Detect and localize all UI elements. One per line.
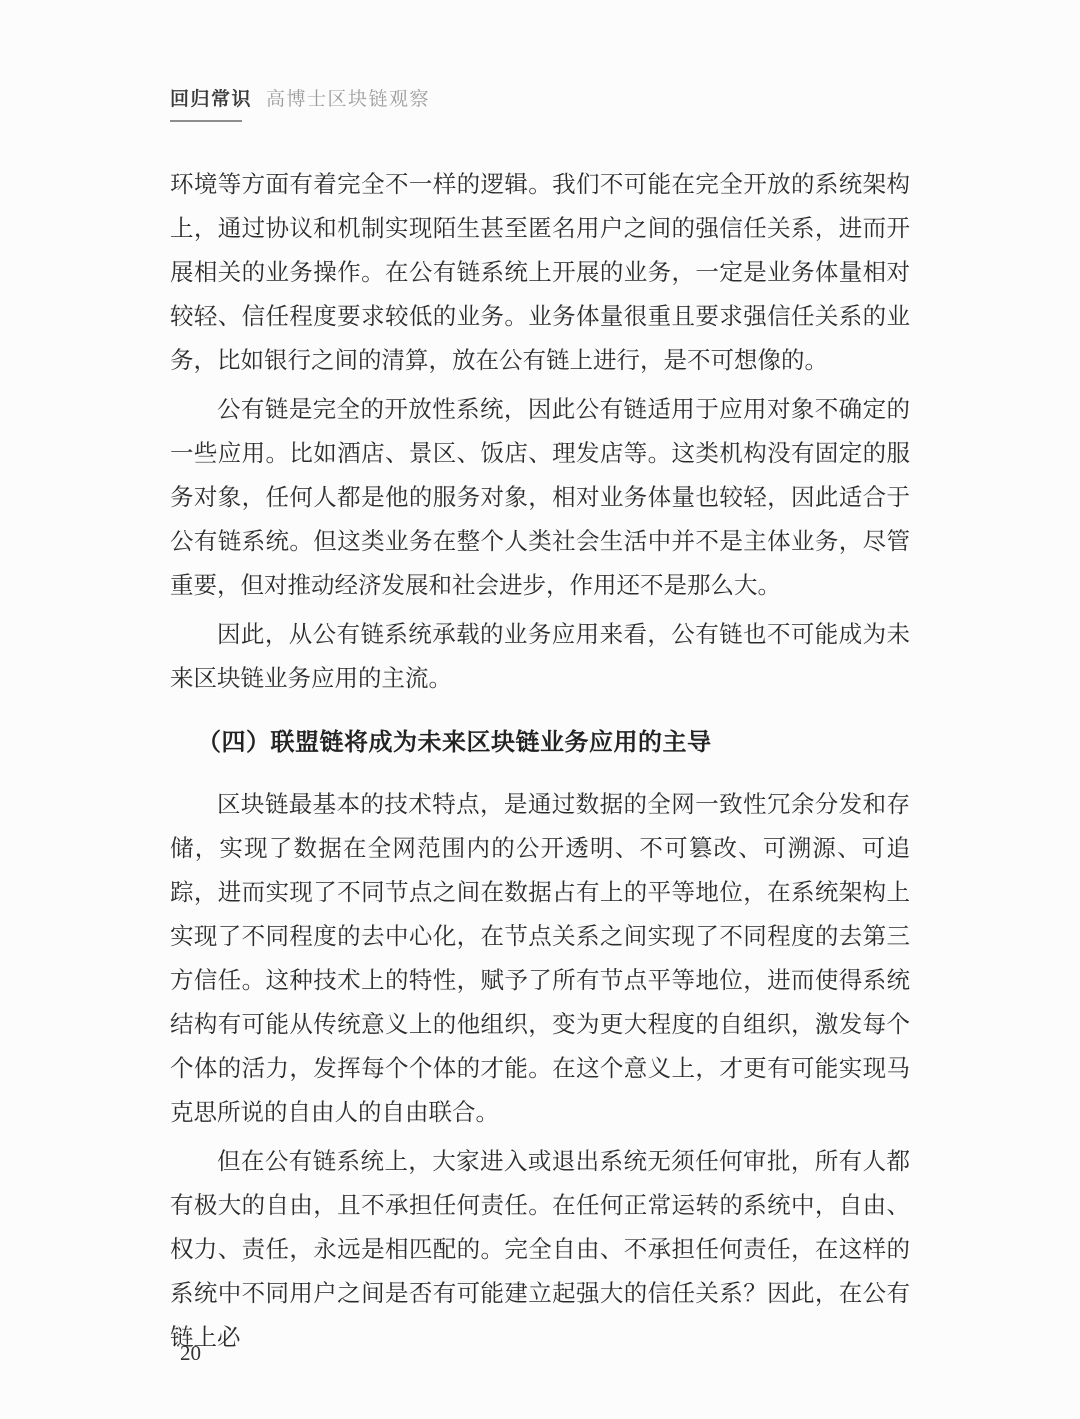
page-body: 环境等方面有着完全不一样的逻辑。我们不可能在完全开放的系统架构上，通过协议和机制… [170, 163, 910, 1365]
section-heading: （四）联盟链将成为未来区块链业务应用的主导 [170, 727, 910, 759]
paragraph-continuation: 环境等方面有着完全不一样的逻辑。我们不可能在完全开放的系统架构上，通过协议和机制… [170, 163, 910, 383]
header-row: 回归常识 高博士区块链观察 [170, 84, 910, 111]
paragraph: 因此，从公有链系统承载的业务应用来看，公有链也不可能成为未来区块链业务应用的主流… [170, 613, 910, 701]
paragraph: 但在公有链系统上，大家进入或退出系统无须任何审批，所有人都有极大的自由，且不承担… [170, 1140, 910, 1360]
book-page: 回归常识 高博士区块链观察 环境等方面有着完全不一样的逻辑。我们不可能在完全开放… [0, 0, 1080, 1419]
page-header: 回归常识 高博士区块链观察 [170, 84, 910, 122]
header-underline [170, 120, 242, 122]
header-title: 回归常识 [170, 84, 252, 111]
paragraph: 区块链最基本的技术特点，是通过数据的全网一致性冗余分发和存储，实现了数据在全网范… [170, 783, 910, 1135]
paragraph: 公有链是完全的开放性系统，因此公有链适用于应用对象不确定的一些应用。比如酒店、景… [170, 388, 910, 608]
page-number: 20 [180, 1341, 201, 1366]
header-subtitle: 高博士区块链观察 [266, 84, 430, 111]
